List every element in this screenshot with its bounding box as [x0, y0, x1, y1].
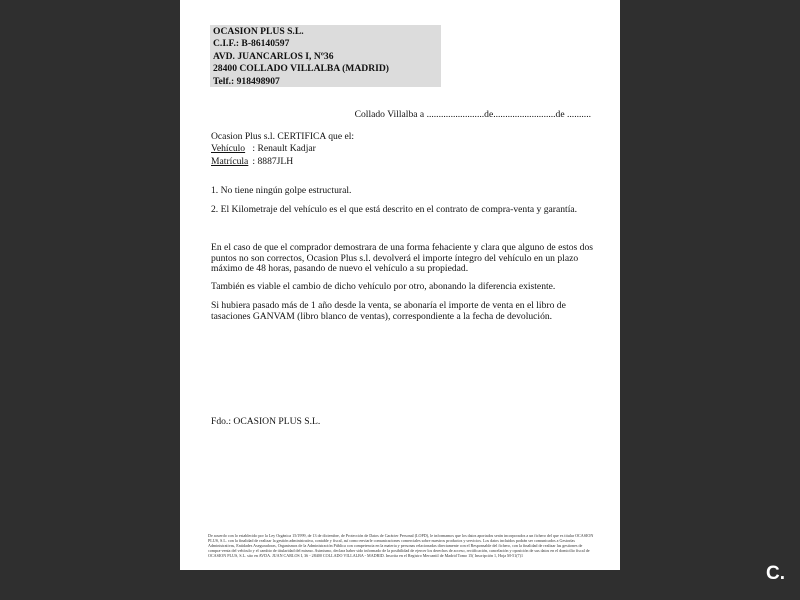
company-address: AVD. JUANCARLOS I, Nº36 [213, 51, 441, 63]
company-header: OCASION PLUS S.L. C.I.F.: B-86140597 AVD… [210, 25, 441, 87]
document-page: OCASION PLUS S.L. C.I.F.: B-86140597 AVD… [180, 0, 620, 570]
signature-line: Fdo.: OCASION PLUS S.L. [211, 416, 320, 427]
company-cif: C.I.F.: B-86140597 [213, 38, 441, 50]
exchange-paragraph: También es viable el cambio de dicho veh… [211, 282, 596, 293]
date-line: Collado Villalba a .....................… [355, 109, 591, 120]
ganvam-paragraph: Si hubiera pasado más de 1 año desde la … [211, 301, 596, 322]
clause-mileage: 2. El Kilometraje del vehículo es el que… [211, 205, 596, 216]
legal-notice: De acuerdo con lo establecido por la Ley… [208, 533, 596, 558]
company-name: OCASION PLUS S.L. [213, 26, 441, 38]
clause-structural: 1. No tiene ningún golpe estructural. [211, 186, 596, 197]
vehicle-value: : Renault Kadjar [252, 143, 315, 154]
plate-label: Matrícula [211, 156, 250, 168]
company-city: 28400 COLLADO VILLALBA (MADRID) [213, 63, 441, 75]
certificate-intro: Ocasion Plus s.l. CERTIFICA que el: [211, 131, 354, 143]
company-phone: Telf.: 918498907 [213, 76, 441, 88]
vehicle-row: Vehículo : Renault Kadjar [211, 143, 354, 155]
panel-label: C. [766, 563, 785, 585]
refund-paragraph: En el caso de que el comprador demostrar… [211, 243, 596, 275]
certificate-block: Ocasion Plus s.l. CERTIFICA que el: Vehí… [211, 131, 354, 168]
plate-value: : 8887JLH [252, 156, 293, 167]
vehicle-label: Vehículo [211, 143, 250, 155]
plate-row: Matrícula : 8887JLH [211, 156, 354, 168]
